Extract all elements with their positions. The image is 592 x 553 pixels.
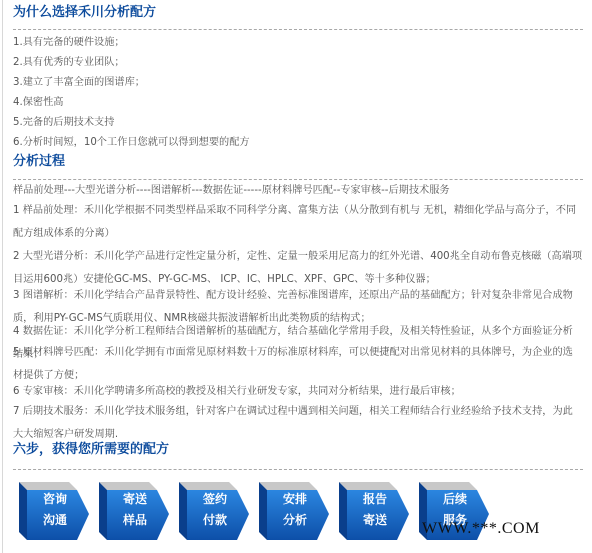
process-step-7: 7 后期技术服务：禾川化学技术服务组，针对客户在调试过程中遇到相关问题，相关工程… [13, 400, 583, 446]
step-label: 付款 [203, 513, 227, 527]
process-summary: 样品前处理---大型光谱分析----图谱解析---数据佐证-----原材料牌号匹… [13, 184, 585, 198]
list-item: 6.分析时间短，10个工作日您就可以得到想要的配方 [13, 136, 585, 150]
process-step-1: 1 样品前处理：禾川化学根据不同类型样品采取不同科学分离、富集方法（从分散到有机… [13, 199, 583, 245]
step-label: 签约 [203, 492, 227, 506]
step-report-delivery: 报告寄送 [337, 480, 411, 540]
watermark: WWW.***.COM [422, 520, 540, 538]
heading-why-choose: 为什么选择禾川分析配方 [13, 5, 156, 21]
step-label: 咨询 [43, 492, 67, 506]
list-item: 3.建立了丰富全面的图谱库； [13, 76, 585, 90]
left-border [2, 0, 3, 553]
step-label: 寄送 [123, 492, 147, 506]
step-label: 样品 [123, 513, 147, 527]
step-label: 分析 [283, 513, 307, 527]
heading-analysis-process: 分析过程 [13, 154, 65, 170]
heading-six-steps: 六步，获得您所需要的配方 [13, 442, 169, 458]
step-label: 报告 [363, 492, 387, 506]
divider [13, 469, 583, 470]
step-arrange-analysis: 安排分析 [257, 480, 331, 540]
step-label: 沟通 [43, 513, 67, 527]
step-consult: 咨询沟通 [17, 480, 91, 540]
step-label: 寄送 [363, 513, 387, 527]
step-sign-pay: 签约付款 [177, 480, 251, 540]
step-send-sample: 寄送样品 [97, 480, 171, 540]
list-item: 4.保密性高 [13, 96, 585, 110]
list-item: 2.具有优秀的专业团队； [13, 56, 585, 70]
list-item: 1.具有完备的硬件设施； [13, 36, 585, 50]
list-item: 5.完备的后期技术支持 [13, 116, 585, 130]
divider [13, 179, 583, 180]
step-label: 安排 [283, 492, 307, 506]
divider [13, 29, 583, 30]
step-label: 后续 [443, 492, 467, 506]
